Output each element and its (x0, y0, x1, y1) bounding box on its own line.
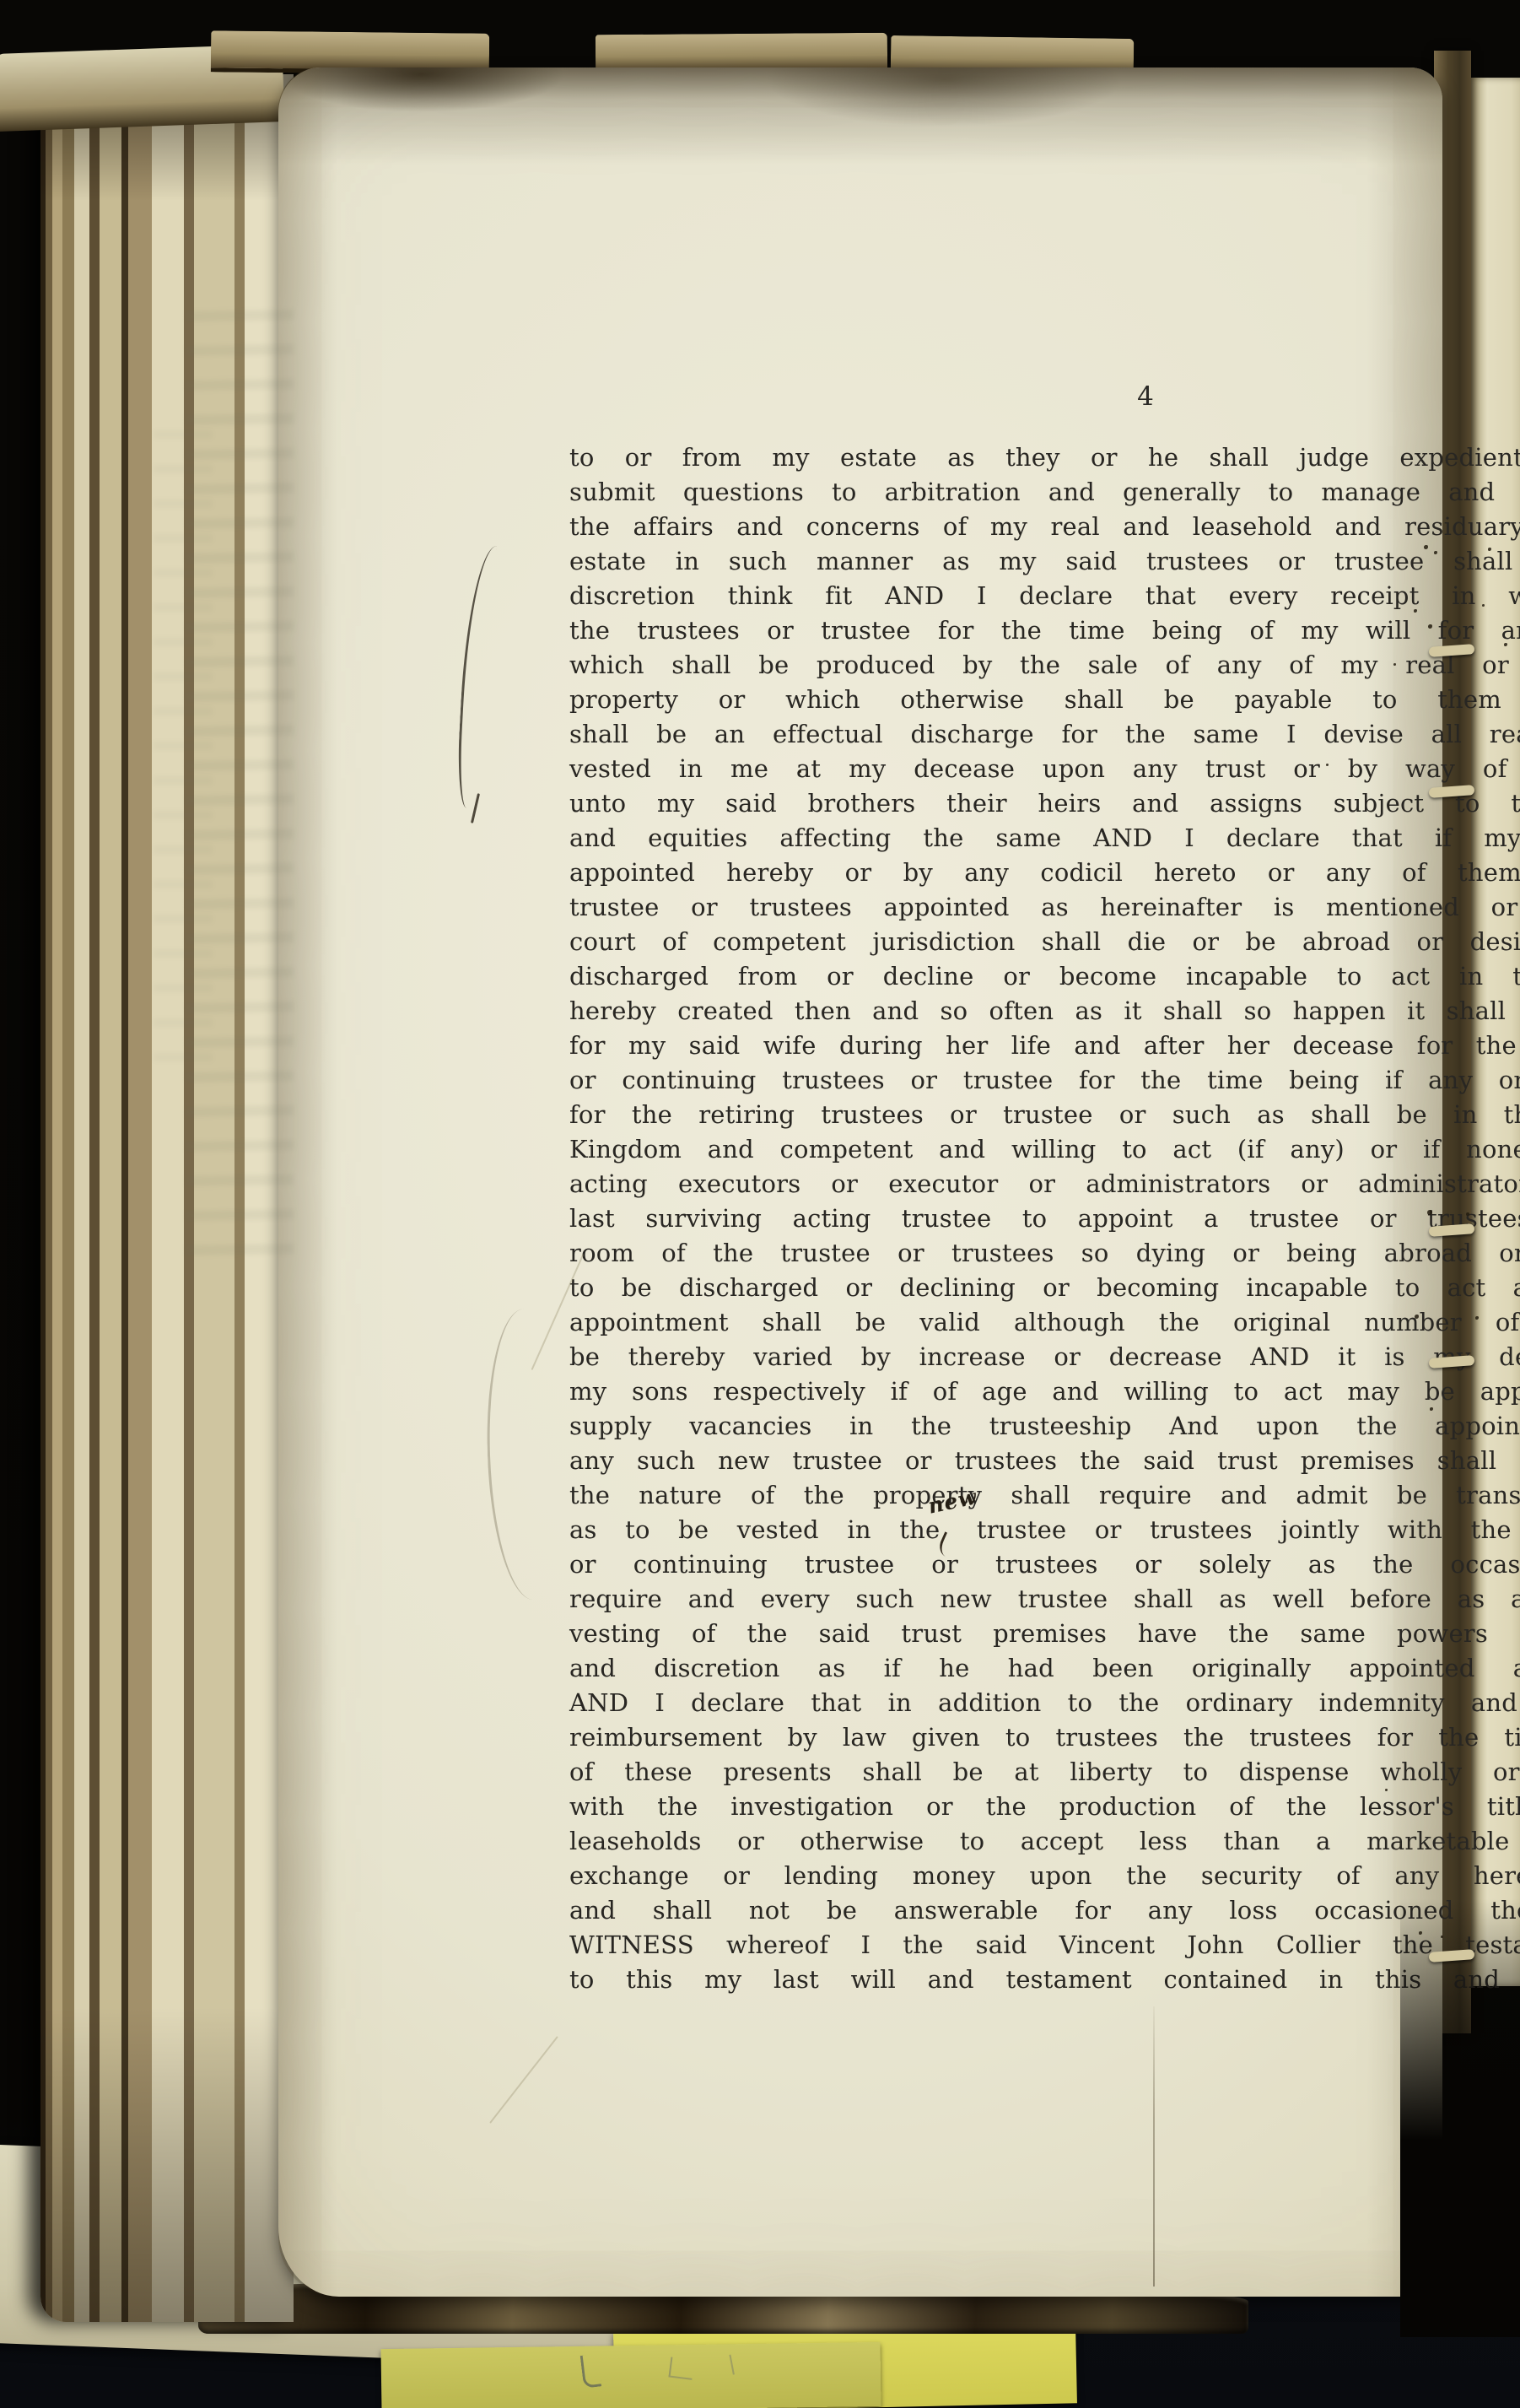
text-line: and shall not be answerable for any loss… (569, 1893, 1520, 1928)
text-line: with the investigation or the production… (569, 1790, 1520, 1824)
text-line: exchange or lending money upon the secur… (569, 1859, 1520, 1893)
text-line: vested in me at my decease upon any trus… (569, 752, 1520, 786)
text-line: the trustees or trustee for the time bei… (569, 613, 1520, 648)
text-line: or continuing trustee or trustees or sol… (569, 1547, 1520, 1582)
text-line: supply vacancies in the trusteeship And … (569, 1409, 1520, 1444)
text-line: any such new trustee or trustees the sai… (569, 1444, 1520, 1478)
text-line: acting executors or executor or administ… (569, 1167, 1520, 1201)
text-line: as to be vested in thenew trustee or tru… (569, 1513, 1520, 1547)
text-line: require and every such new trustee shall… (569, 1582, 1520, 1617)
binding-shadow-fade (1400, 1898, 1520, 2337)
page-number: 4 (1120, 381, 1171, 412)
text-line: of these presents shall be at liberty to… (569, 1755, 1520, 1790)
yellow-slip-lower (380, 2342, 881, 2408)
pencil-mark (668, 2357, 694, 2380)
pen-squiggle-mark (580, 2354, 601, 2389)
text-line: vesting of the said trust premises have … (569, 1617, 1520, 1651)
text-line: which shall be produced by the sale of a… (569, 648, 1520, 683)
text-line: and equities affecting the same AND I de… (569, 821, 1520, 856)
burnt-top-edge (278, 67, 1442, 202)
text-line: the nature of the property shall require… (569, 1478, 1520, 1513)
text-line: court of competent jurisdiction shall di… (569, 925, 1520, 959)
text-line: leaseholds or otherwise to accept less t… (569, 1824, 1520, 1859)
text-line: and discretion as if he had been origina… (569, 1651, 1520, 1686)
text-line: appointed hereby or by any codicil heret… (569, 856, 1520, 890)
text-line: submit questions to arbitration and gene… (569, 475, 1520, 510)
text-line: discretion think fit AND I declare that … (569, 579, 1520, 613)
text-line: shall be an effectual discharge for the … (569, 717, 1520, 752)
text-line: to be discharged or declining or becomin… (569, 1271, 1520, 1305)
text-line: for the retiring trustees or trustee or … (569, 1098, 1520, 1132)
text-block: to or from my estate as they or he shall… (569, 440, 1520, 1997)
text-line: to or from my estate as they or he shall… (569, 440, 1520, 475)
margin-crease-mark (482, 1309, 536, 1601)
text-line: property or which otherwise shall be pay… (569, 683, 1520, 717)
text-line: appointment shall be valid although the … (569, 1305, 1520, 1340)
text-line: reimbursement by law given to trustees t… (569, 1720, 1520, 1755)
text-line: AND I declare that in addition to the or… (569, 1686, 1520, 1720)
text-line: be thereby varied by increase or decreas… (569, 1340, 1520, 1374)
text-line: the affairs and concerns of my real and … (569, 510, 1520, 544)
text-line: to this my last will and testament conta… (569, 1963, 1520, 1997)
text-line: unto my said brothers their heirs and as… (569, 786, 1520, 821)
page-crease (1153, 2006, 1155, 2287)
text-line: Kingdom and competent and willing to act… (569, 1132, 1520, 1167)
text-line: for my said wife during her life and aft… (569, 1029, 1520, 1063)
text-line: discharged from or decline or become inc… (569, 959, 1520, 994)
text-line: last surviving acting trustee to appoint… (569, 1201, 1520, 1236)
document-page: 4 to or from my estate as they or he sha… (278, 67, 1442, 2297)
scratch-line (489, 2036, 558, 2124)
text-line: or continuing trustees or trustee for th… (569, 1063, 1520, 1098)
text-line: room of the trustee or trustees so dying… (569, 1236, 1520, 1271)
text-line: hereby created then and so often as it s… (569, 994, 1520, 1029)
margin-line-mark (455, 544, 497, 808)
text-line: WITNESS whereof I the said Vincent John … (569, 1928, 1520, 1963)
scanned-book-photo: 4 to or from my estate as they or he sha… (0, 0, 1520, 2408)
handwritten-insertion: new (940, 1514, 948, 1538)
text-line: estate in such manner as my said trustee… (569, 544, 1520, 579)
text-line: trustee or trustees appointed as hereina… (569, 890, 1520, 925)
pencil-mark (713, 2355, 735, 2378)
text-line: my sons respectively if of age and willi… (569, 1374, 1520, 1409)
showthrough-ghost-text (154, 430, 213, 1072)
